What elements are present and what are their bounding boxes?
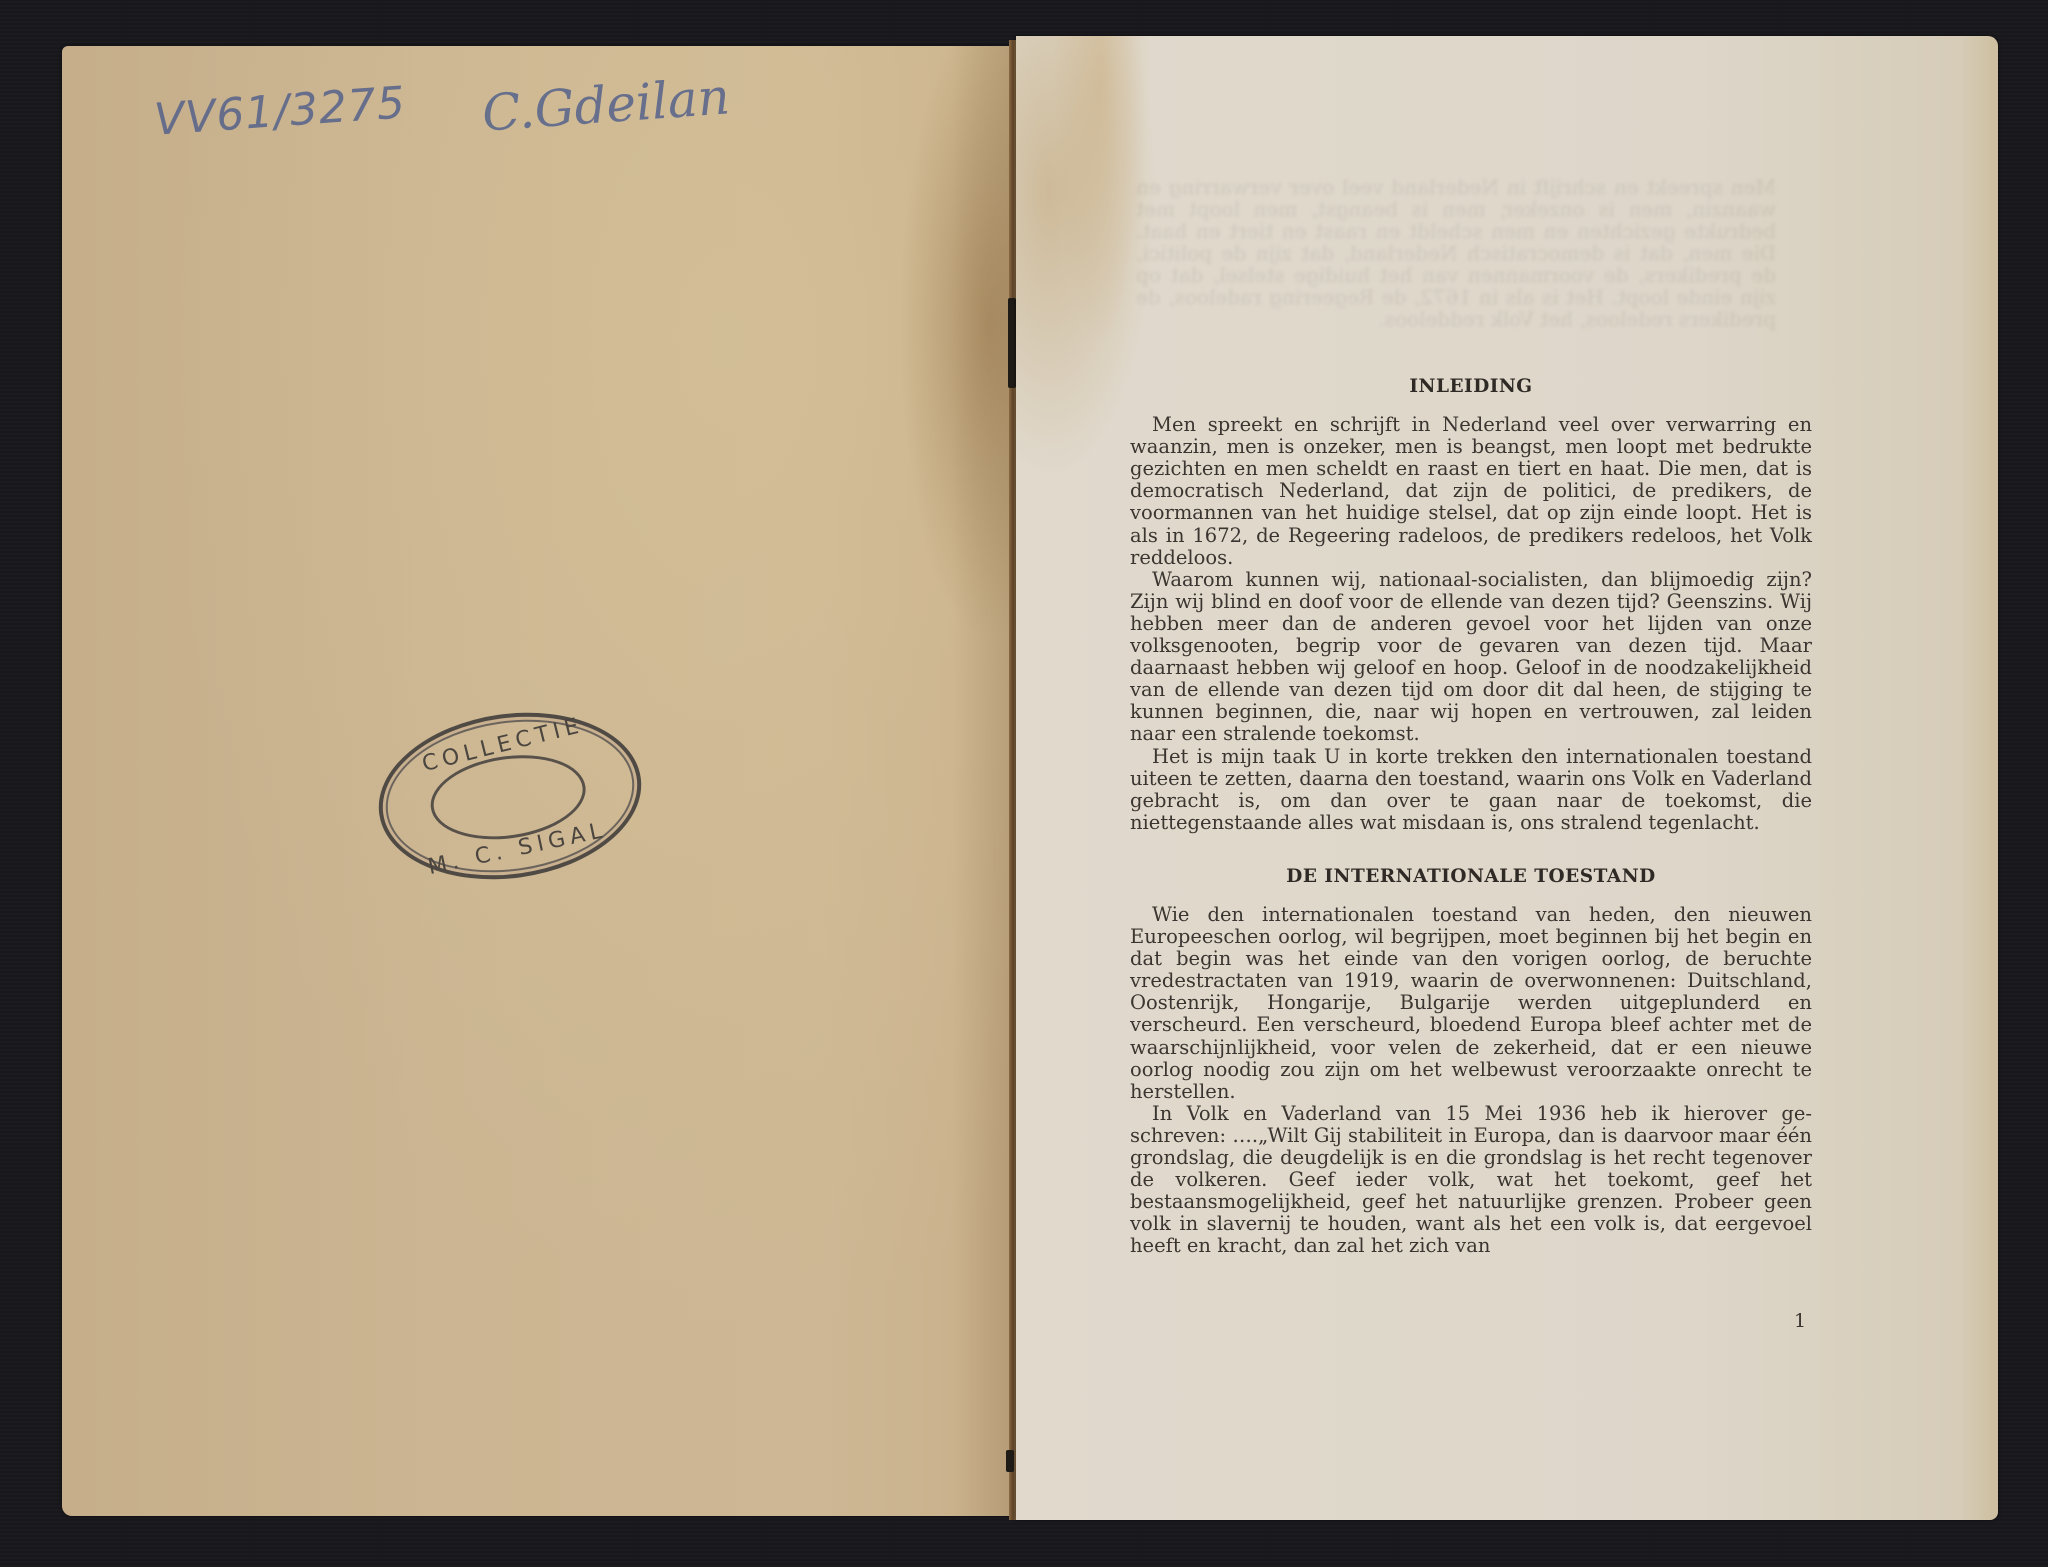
- paragraph: Wie den internationalen toestand van hed…: [1130, 904, 1812, 1103]
- section-heading-inleiding: INLEIDING: [1130, 376, 1812, 398]
- paragraph: In Volk en Vaderland van 15 Mei 1936 heb…: [1130, 1103, 1812, 1258]
- paragraph: Men spreekt en schrijft in Nederland vee…: [1130, 414, 1812, 569]
- page-number: 1: [1794, 1310, 1806, 1332]
- handwritten-signature: C.Gdeilan: [480, 67, 731, 142]
- bleed-through-text: Men spreekt en schrijft in Nederland vee…: [1136, 176, 1776, 330]
- paragraph: Het is mijn taak U in korte trekken den …: [1130, 746, 1812, 834]
- spine-shadow: [952, 46, 1012, 1516]
- staple-icon: [1008, 298, 1016, 388]
- right-page-text: Men spreekt en schrijft in Nederland vee…: [1016, 36, 1998, 1520]
- staple-icon: [1006, 1450, 1014, 1472]
- section-heading-internationale-toestand: DE INTERNATIONALE TOESTAND: [1130, 866, 1812, 888]
- collection-stamp: COLLECTIE M. C. SIGAL: [368, 696, 652, 895]
- text-block: INLEIDING Men spreekt en schrijft in Ned…: [1130, 336, 1812, 1257]
- handwritten-reference-number: VV61/3275: [153, 77, 408, 145]
- left-page-inside-cover: VV61/3275 C.Gdeilan COLLECTIE M. C. SIGA…: [62, 46, 1012, 1516]
- paragraph: Waarom kunnen wij, nationaal-socialisten…: [1130, 569, 1812, 746]
